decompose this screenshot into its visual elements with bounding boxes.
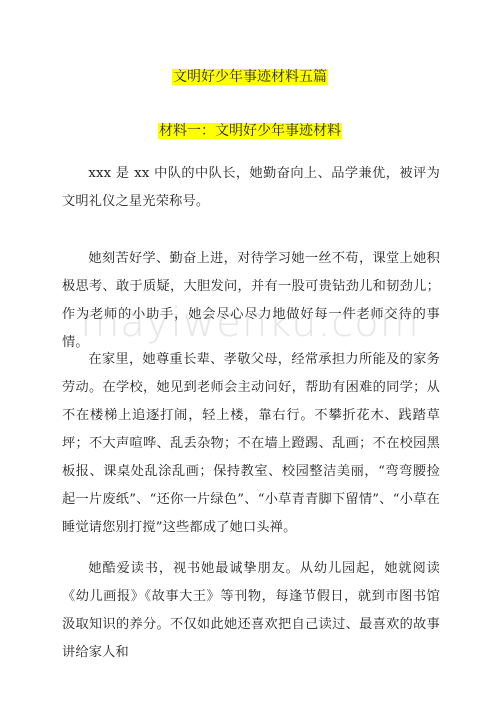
paragraph-4: 她酷爱读书，视书她最诚挚朋友。从幼儿园起，她就阅读《幼儿画报》《故事大王》等刊物… [62, 555, 440, 667]
section-heading-text: 材料一：文明好少年事迹材料 [158, 123, 342, 139]
document-title-text: 文明好少年事迹材料五篇 [172, 69, 328, 85]
paragraph-2: 她刻苦好学、勤奋上进，对待学习她一丝不苟，课堂上她积极思考、敢于质疑，大胆发问，… [62, 245, 440, 357]
paragraph-1: xxx 是 xx 中队的中队长，她勤奋向上、品学兼优，被评为文明礼仪之星光荣称号… [62, 160, 440, 216]
paragraph-3: 在家里，她尊重长辈、孝敬父母，经常承担力所能及的家务劳动。在学校，她见到老师会主… [62, 346, 440, 542]
document-title: 文明好少年事迹材料五篇 [0, 66, 500, 86]
section-heading: 材料一：文明好少年事迹材料 [0, 120, 500, 140]
